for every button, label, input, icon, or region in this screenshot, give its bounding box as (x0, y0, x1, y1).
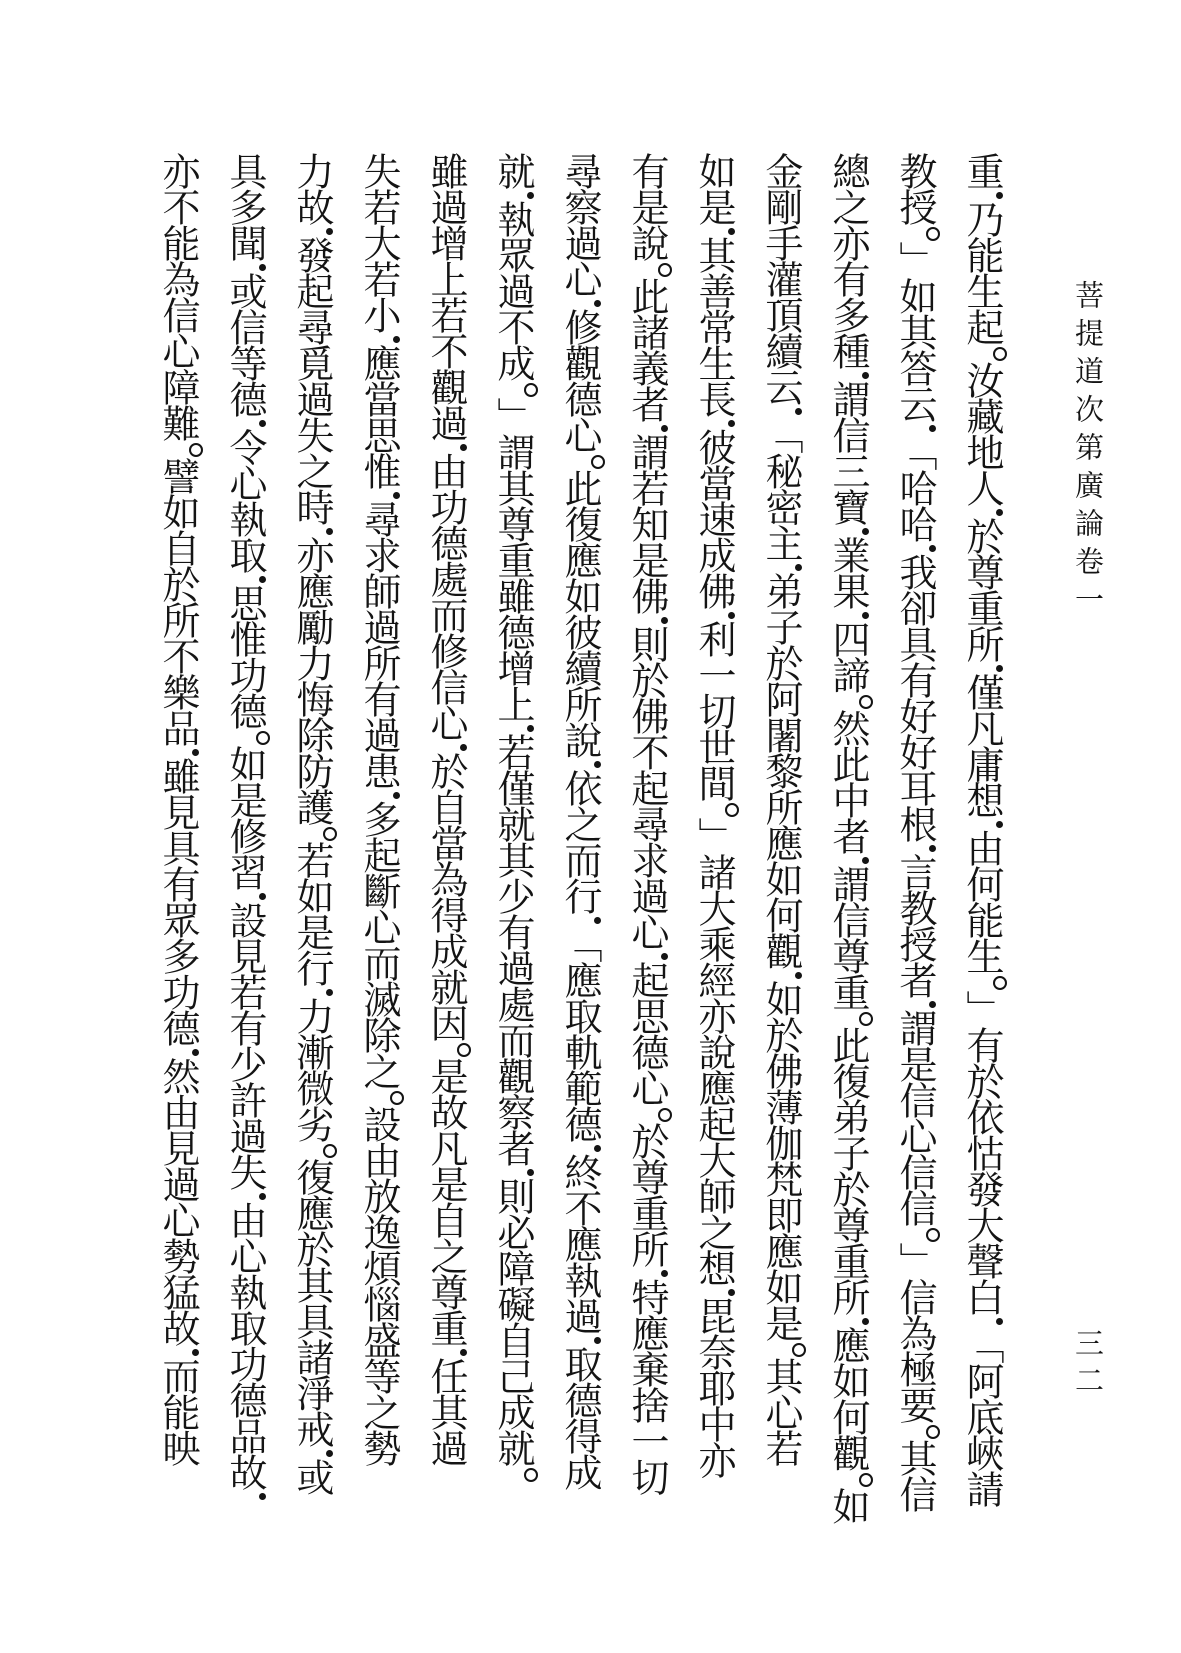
text-character: 捨 (625, 1386, 667, 1422)
text-character: 少 (223, 1045, 265, 1081)
text-character: 難 (156, 404, 198, 440)
text-character: 雖 (491, 577, 533, 613)
pause-mark (460, 444, 467, 451)
text-character: 如 (826, 1362, 868, 1398)
pause-mark (862, 612, 869, 619)
text-character: 應 (692, 1069, 734, 1105)
text-column: 尋察過心修觀德心此復應如彼續所說依之而行「應取軌範德終不應執過取德得成 (560, 152, 598, 1582)
text-character: 力 (290, 997, 332, 1033)
text-character: 切 (692, 692, 734, 728)
pause-mark (929, 425, 936, 432)
pause-mark (326, 989, 333, 996)
text-character: 是 (223, 781, 265, 817)
pause-mark (862, 372, 869, 379)
text-character: 自 (156, 529, 198, 565)
text-character: 德 (424, 524, 466, 560)
fullstop-mark (256, 731, 270, 745)
text-character: 尊 (424, 1273, 466, 1309)
text-character: 」 (893, 241, 935, 277)
fullstop-mark (792, 1343, 806, 1357)
text-character: 謂 (893, 1009, 935, 1045)
text-character: 處 (491, 985, 533, 1021)
text-character: 義 (625, 349, 667, 385)
text-character: 有 (357, 680, 399, 716)
text-character: 或 (290, 1458, 332, 1494)
text-character: 好 (893, 697, 935, 733)
text-character: 知 (625, 505, 667, 541)
text-character: 信 (826, 901, 868, 937)
text-character: 汝 (960, 361, 1002, 397)
text-character: 故 (156, 1309, 198, 1345)
text-character: 應 (558, 541, 600, 577)
text-character: 滅 (357, 980, 399, 1016)
text-character: 信 (826, 416, 868, 452)
text-character: 尋 (625, 805, 667, 841)
text-character: 信 (893, 1081, 935, 1117)
text-character: 所 (156, 601, 198, 637)
text-character: 於 (960, 1062, 1002, 1098)
text-character: 品 (223, 1417, 265, 1453)
text-character: 德 (491, 613, 533, 649)
text-character: 諸 (290, 1338, 332, 1374)
text-character: 其 (424, 1393, 466, 1429)
text-character: 心 (893, 1117, 935, 1153)
text-character: 應 (558, 1225, 600, 1261)
text-character: 所 (625, 1230, 667, 1266)
text-character: 生 (692, 344, 734, 380)
text-character: 」 (893, 1242, 935, 1278)
text-character: 過 (290, 380, 332, 416)
text-character: 修 (424, 632, 466, 668)
text-character: 思 (625, 997, 667, 1033)
text-character: 種 (826, 332, 868, 368)
text-character: 經 (692, 961, 734, 997)
text-character: 根 (893, 805, 935, 841)
text-character: 應 (759, 824, 801, 860)
text-character: 德 (223, 692, 265, 728)
text-character: 就 (491, 1429, 533, 1465)
text-character: 功 (223, 656, 265, 692)
text-character: 具 (290, 1302, 332, 1338)
text-character: 於 (759, 644, 801, 680)
fullstop-mark (725, 803, 739, 817)
text-character: 聞 (223, 224, 265, 260)
text-character: 而 (491, 1021, 533, 1057)
text-character: 護 (290, 788, 332, 824)
text-character: 過 (558, 224, 600, 260)
text-character: 間 (692, 764, 734, 800)
text-character: 而 (424, 596, 466, 632)
text-character: 如 (826, 1487, 868, 1523)
text-character: 雖 (156, 757, 198, 793)
text-character: 德 (156, 1009, 198, 1045)
fullstop-mark (658, 1108, 672, 1122)
text-character: 見 (156, 1129, 198, 1165)
text-character: 耶 (692, 1369, 734, 1405)
pause-mark (728, 420, 735, 427)
text-character: 弟 (826, 1098, 868, 1134)
text-character: 如 (156, 493, 198, 529)
text-character: 」 (960, 990, 1002, 1026)
pause-mark (929, 1001, 936, 1008)
text-character: 續 (558, 649, 600, 685)
text-column: 就執眾過不成」謂其尊重雖德增上若僅就其少有過處而觀察者則必障礙自己成就 (493, 152, 531, 1582)
pause-mark (259, 576, 266, 583)
pause-mark (594, 300, 601, 307)
text-character: 「 (759, 416, 801, 452)
text-character: 求 (625, 841, 667, 877)
text-character: 所 (558, 685, 600, 721)
fullstop-mark (524, 1468, 538, 1482)
text-character: 常 (692, 308, 734, 344)
text-character: 所 (960, 625, 1002, 661)
text-character: 於 (625, 661, 667, 697)
text-character: 續 (759, 332, 801, 368)
text-character: 得 (424, 896, 466, 932)
text-character: 謂 (625, 433, 667, 469)
text-character: 復 (826, 1062, 868, 1098)
pause-mark (527, 192, 534, 199)
text-character: 軌 (558, 1033, 600, 1069)
text-character: 密 (759, 488, 801, 524)
text-character: 勢 (357, 1429, 399, 1465)
text-character: 師 (357, 572, 399, 608)
pause-mark (996, 821, 1003, 828)
text-character: 多 (223, 188, 265, 224)
text-character: 奈 (692, 1333, 734, 1369)
pause-mark (795, 972, 802, 979)
text-character: 言 (893, 853, 935, 889)
pause-mark (259, 1493, 266, 1500)
text-character: 不 (424, 332, 466, 368)
text-character: 想 (692, 1249, 734, 1285)
text-character: 極 (893, 1350, 935, 1386)
text-character: 中 (692, 1405, 734, 1441)
text-character: 放 (357, 1177, 399, 1213)
text-character: 修 (223, 817, 265, 853)
text-character: 」 (692, 817, 734, 853)
pause-mark (326, 1450, 333, 1457)
text-character: 漸 (290, 1033, 332, 1069)
text-character: 執 (491, 200, 533, 236)
text-character: 於 (290, 1230, 332, 1266)
text-character: 終 (558, 1153, 600, 1189)
text-character: 棄 (625, 1350, 667, 1386)
text-character: 特 (625, 1278, 667, 1314)
text-column: 如是其善常生長彼當速成佛利一切世間」諸大乘經亦說應起大師之想毘奈耶中亦 (694, 152, 732, 1582)
text-character: 是 (290, 913, 332, 949)
text-character: 信 (156, 296, 198, 332)
text-character: 底 (960, 1398, 1002, 1434)
text-character: 不 (156, 637, 198, 673)
pause-mark (460, 744, 467, 751)
pause-mark (192, 749, 199, 756)
text-character: 教 (893, 152, 935, 188)
text-character: 己 (491, 1357, 533, 1393)
text-column: 有是說此諸義者謂若知是佛則於佛不起尋求過心起思德心於尊重所特應棄捨一切 (627, 152, 665, 1582)
text-character: 心 (625, 1069, 667, 1105)
text-character: 有 (625, 152, 667, 188)
running-head: 菩提道次第廣論卷一 (1070, 280, 1103, 622)
text-character: 為 (424, 860, 466, 896)
pause-mark (393, 792, 400, 799)
text-character: 取 (223, 536, 265, 572)
text-character: 復 (290, 1158, 332, 1194)
text-character: 闍 (759, 716, 801, 752)
text-character: 佛 (625, 577, 667, 613)
text-character: 心 (156, 1201, 198, 1237)
text-character: 復 (558, 505, 600, 541)
text-character: 覓 (290, 344, 332, 380)
text-columns: 重乃能生起汝藏地人於尊重所僅凡庸想由何能生」有於依怙發大聲白「阿底峽請教授」如其… (100, 152, 1000, 1582)
text-character: 重 (424, 1309, 466, 1345)
pause-mark (929, 845, 936, 852)
text-character: 乘 (692, 925, 734, 961)
text-character: 多 (826, 296, 868, 332)
text-character: 逸 (357, 1213, 399, 1249)
text-character: 僅 (491, 769, 533, 805)
text-character: 業 (826, 536, 868, 572)
text-character: 觀 (558, 344, 600, 380)
text-character: 之 (424, 1237, 466, 1273)
text-character: 剛 (759, 188, 801, 224)
text-character: 何 (759, 896, 801, 932)
text-character: 過 (156, 1165, 198, 1201)
text-character: 說 (692, 1033, 734, 1069)
text-character: 所 (759, 788, 801, 824)
text-character: 就 (424, 968, 466, 1004)
text-character: 過 (625, 877, 667, 913)
text-character: 四 (826, 620, 868, 656)
text-character: 德 (558, 1105, 600, 1141)
text-character: 德 (223, 1381, 265, 1417)
text-character: 如 (692, 152, 734, 188)
text-character: 之 (357, 1052, 399, 1088)
text-character: 如 (893, 277, 935, 313)
text-character: 品 (156, 709, 198, 745)
text-character: 取 (558, 1345, 600, 1381)
text-character: 執 (223, 1273, 265, 1309)
text-character: 伽 (759, 1124, 801, 1160)
text-character: 庸 (960, 745, 1002, 781)
text-character: 礙 (491, 1285, 533, 1321)
text-character: 諸 (625, 313, 667, 349)
text-character: 過 (491, 272, 533, 308)
text-character: 阿 (759, 680, 801, 716)
text-character: 者 (491, 1129, 533, 1165)
pause-mark (527, 725, 534, 732)
text-character: 思 (223, 584, 265, 620)
text-column: 具多聞或信等德令心執取思惟功德如是修習設見若有少許過失由心執取功德品故 (225, 152, 263, 1582)
text-character: 惟 (223, 620, 265, 656)
text-character: 不 (156, 188, 198, 224)
text-character: 而 (357, 944, 399, 980)
text-character: 過 (424, 404, 466, 440)
text-character: 成 (558, 1453, 600, 1489)
text-character: 灌 (759, 260, 801, 296)
text-character: 則 (491, 1177, 533, 1213)
text-character: 過 (424, 1429, 466, 1465)
text-character: 生 (960, 272, 1002, 308)
text-character: 重 (960, 589, 1002, 625)
text-character: 能 (156, 1393, 198, 1429)
text-character: 等 (223, 344, 265, 380)
text-character: 一 (625, 1422, 667, 1458)
text-character: 具 (893, 625, 935, 661)
text-character: 若 (290, 841, 332, 877)
pause-mark (259, 264, 266, 271)
text-character: 心 (223, 1237, 265, 1273)
text-character: 增 (424, 224, 466, 260)
fullstop-mark (323, 1144, 337, 1158)
text-character: 金 (759, 152, 801, 188)
text-character: 觀 (826, 1434, 868, 1470)
fullstop-mark (323, 827, 337, 841)
text-character: 重 (625, 1194, 667, 1230)
text-character: 人 (960, 469, 1002, 505)
pause-mark (661, 617, 668, 624)
text-character: 信 (223, 308, 265, 344)
text-character: 悔 (290, 680, 332, 716)
text-character: 中 (826, 781, 868, 817)
text-character: 有 (826, 260, 868, 296)
text-character: 多 (156, 937, 198, 973)
text-character: 除 (357, 1016, 399, 1052)
text-character: 其 (692, 236, 734, 272)
text-character: 其 (893, 313, 935, 349)
text-character: 映 (156, 1429, 198, 1465)
text-character: 薄 (759, 1088, 801, 1124)
text-character: 不 (558, 1189, 600, 1225)
text-character: 毘 (692, 1297, 734, 1333)
fullstop-mark (189, 443, 203, 457)
text-character: 之 (692, 1213, 734, 1249)
text-character: 心 (424, 704, 466, 740)
text-character: 切 (625, 1458, 667, 1494)
text-character: 乃 (960, 200, 1002, 236)
text-character: 增 (491, 649, 533, 685)
text-character: 師 (692, 1177, 734, 1213)
fullstop-mark (859, 1473, 873, 1487)
text-character: 於 (960, 517, 1002, 553)
text-character: 大 (692, 889, 734, 925)
text-character: 僅 (960, 673, 1002, 709)
text-character: 上 (491, 685, 533, 721)
text-character: 亦 (826, 224, 868, 260)
text-character: 長 (692, 380, 734, 416)
fullstop-mark (926, 1425, 940, 1439)
text-character: 眾 (156, 901, 198, 937)
text-character: 者 (893, 961, 935, 997)
text-character: 若 (625, 469, 667, 505)
text-character: 諦 (826, 656, 868, 692)
text-character: 由 (960, 829, 1002, 865)
fullstop-mark (591, 455, 605, 469)
text-character: 卻 (893, 589, 935, 625)
text-character: 起 (357, 836, 399, 872)
text-character: 因 (424, 1004, 466, 1040)
text-character: 云 (759, 368, 801, 404)
text-column: 亦不能為信心障難譬如自於所不樂品雖見具有眾多功德然由見過心勢猛故而能映 (158, 152, 196, 1582)
pause-mark (996, 509, 1003, 516)
text-character: 則 (625, 625, 667, 661)
text-character: 重 (960, 152, 1002, 188)
text-character: 諸 (692, 853, 734, 889)
text-character: 心 (558, 416, 600, 452)
text-character: 尊 (826, 937, 868, 973)
text-character: 習 (223, 853, 265, 889)
text-character: 惱 (357, 1285, 399, 1321)
text-column: 雖過增上若不觀過由功德處而修信心於自當為得成就因是故凡是自之尊重任其過 (426, 152, 464, 1582)
fullstop-mark (859, 695, 873, 709)
text-character: 或 (223, 272, 265, 308)
text-character: 由 (223, 1201, 265, 1237)
pause-mark (393, 336, 400, 343)
text-character: 察 (491, 1093, 533, 1129)
text-character: 尊 (826, 1206, 868, 1242)
fullstop-mark (926, 1228, 940, 1242)
fullstop-mark (926, 227, 940, 241)
text-character: 令 (223, 428, 265, 464)
text-character: 見 (223, 937, 265, 973)
text-character: 謂 (491, 433, 533, 469)
text-character: 說 (558, 721, 600, 757)
text-character: 防 (290, 752, 332, 788)
text-character: 尋 (357, 500, 399, 536)
text-character: 有 (223, 1009, 265, 1045)
text-character: 自 (491, 1321, 533, 1357)
text-character: 得 (558, 1417, 600, 1453)
text-character: 如 (759, 1268, 801, 1304)
text-character: 善 (692, 272, 734, 308)
volume-label: 卷一 (1071, 546, 1103, 622)
text-character: 具 (156, 829, 198, 865)
pause-mark (929, 545, 936, 552)
pause-mark (661, 425, 668, 432)
text-character: 速 (692, 500, 734, 536)
text-character: 亦 (290, 536, 332, 572)
text-character: 即 (759, 1196, 801, 1232)
text-character: 」 (491, 397, 533, 433)
text-character: 心 (625, 913, 667, 949)
text-character: 是 (424, 1165, 466, 1201)
text-character: 由 (424, 452, 466, 488)
text-character: 是 (759, 1304, 801, 1340)
fullstop-mark (658, 263, 672, 277)
text-character: 心 (156, 332, 198, 368)
text-character: 之 (357, 1393, 399, 1429)
text-character: 發 (960, 1170, 1002, 1206)
text-character: 佛 (625, 697, 667, 733)
text-character: 不 (625, 733, 667, 769)
text-character: 時 (290, 488, 332, 524)
text-character: 戒 (290, 1410, 332, 1446)
text-character: 者 (625, 385, 667, 421)
text-character: 淨 (290, 1374, 332, 1410)
pause-mark (728, 612, 735, 619)
text-column: 總之亦有多種謂信三寶業果四諦然此中者謂信尊重此復弟子於尊重所應如何觀如 (828, 152, 866, 1582)
text-character: 不 (491, 308, 533, 344)
text-character: 過 (223, 1117, 265, 1153)
text-character: 於 (156, 565, 198, 601)
fullstop-mark (524, 383, 538, 397)
text-character: 生 (960, 937, 1002, 973)
text-character: 必 (491, 1213, 533, 1249)
text-character: 等 (357, 1357, 399, 1393)
text-character: 觀 (759, 932, 801, 968)
text-character: 想 (960, 781, 1002, 817)
text-character: 自 (424, 788, 466, 824)
